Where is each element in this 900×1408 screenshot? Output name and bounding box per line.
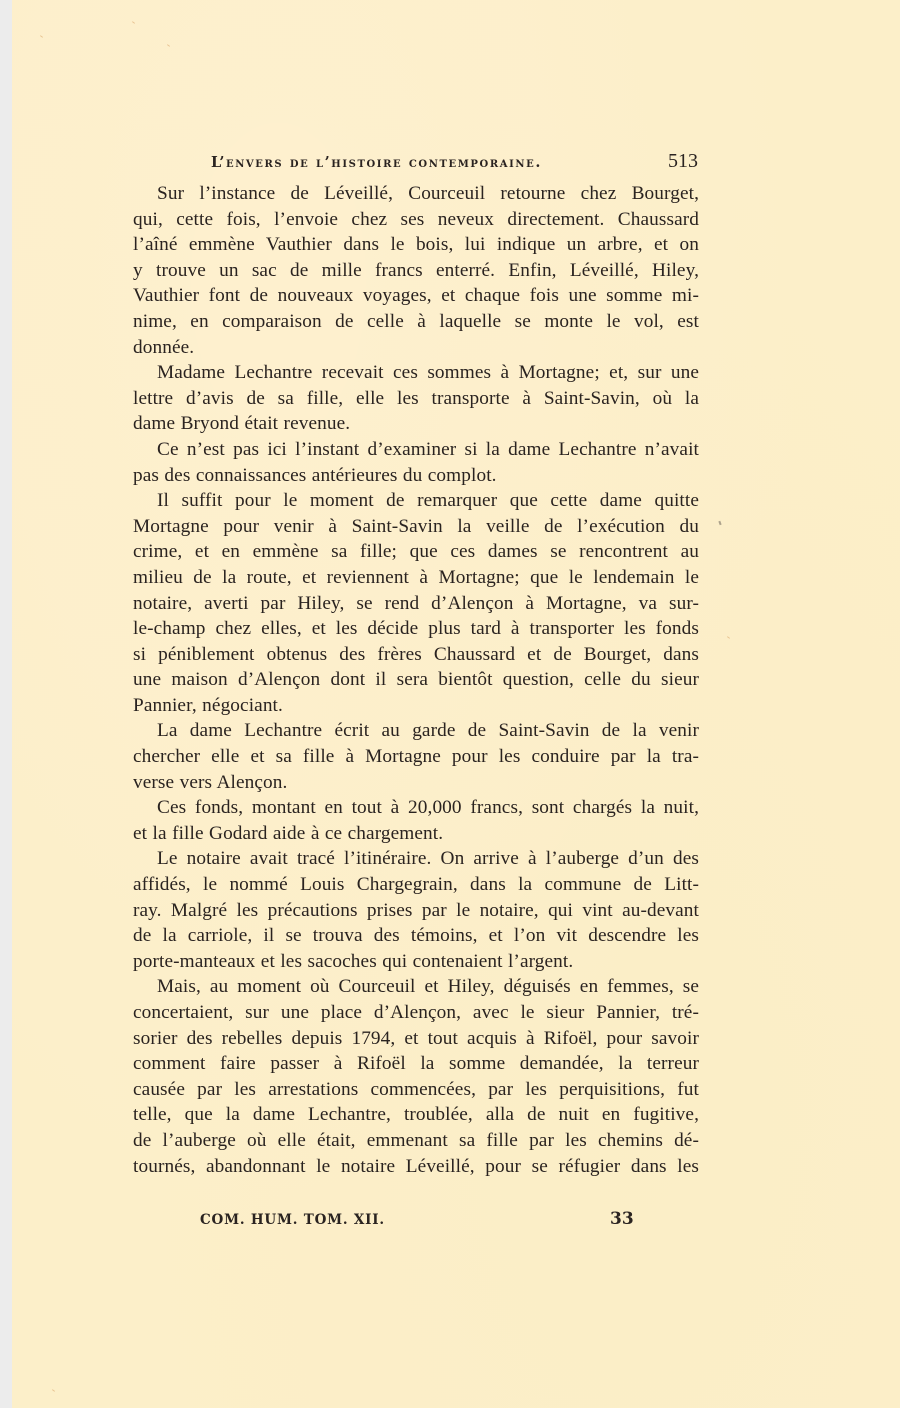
text-line: nime, en comparaison de celle à laquelle… (133, 309, 699, 335)
text-line: Mais, au moment où Courceuil et Hiley, d… (133, 974, 699, 1000)
running-head: L’envers de l’histoire contemporaine. 51… (133, 150, 698, 174)
text-line: Vauthier font de nouveaux voyages, et ch… (133, 283, 699, 309)
text-line: lettre d’avis de sa fille, elle les tran… (133, 386, 699, 412)
text-line: si péniblement obtenus des frères Chauss… (133, 642, 699, 668)
text-line: telle, que la dame Lechantre, troublée, … (133, 1102, 699, 1128)
text-line: porte-manteaux et les sacoches qui conte… (133, 949, 699, 975)
text-line: et la fille Godard aide à ce chargement. (133, 821, 699, 847)
text-line: tournés, abandonnant le notaire Léveillé… (133, 1154, 699, 1180)
text-line: notaire, averti par Hiley, se rend d’Ale… (133, 591, 699, 617)
signature-line: COM. HUM. TOM. XII. 33 (133, 1208, 699, 1232)
text-line: comment faire passer à Rifoël la somme d… (133, 1051, 699, 1077)
text-line: sorier des rebelles depuis 1794, et tout… (133, 1026, 699, 1052)
text-line: une maison d’Alençon dont il sera bientô… (133, 667, 699, 693)
text-line: Mortagne pour venir à Saint-Savin la vei… (133, 514, 699, 540)
paper-speck (132, 21, 135, 24)
text-line: de la carriole, il se trouva des témoins… (133, 923, 699, 949)
paper-speck (52, 1389, 55, 1392)
text-line: y trouve un sac de mille francs enterré.… (133, 258, 699, 284)
text-line: affidés, le nommé Louis Chargegrain, dan… (133, 872, 699, 898)
page-number: 513 (668, 150, 698, 173)
paper-speck (167, 44, 170, 47)
text-line: de l’auberge où elle était, emmenant sa … (133, 1128, 699, 1154)
running-title: L’envers de l’histoire contemporaine. (211, 154, 542, 171)
text-line: concertaient, sur une place d’Alençon, a… (133, 1000, 699, 1026)
text-line: verse vers Alençon. (133, 770, 699, 796)
book-page: L’envers de l’histoire contemporaine. 51… (12, 0, 900, 1408)
paper-speck (718, 521, 721, 525)
signature-number: 33 (610, 1209, 634, 1229)
signature-mark: COM. HUM. TOM. XII. (200, 1212, 385, 1228)
text-line: Ce n’est pas ici l’instant d’examiner si… (133, 437, 699, 463)
text-line: Sur l’instance de Léveillé, Courceuil re… (133, 181, 699, 207)
text-line: le-champ chez elles, et les décide plus … (133, 616, 699, 642)
text-line: qui, cette fois, l’envoie chez ses neveu… (133, 207, 699, 233)
text-line: causée par les arrestations commencées, … (133, 1077, 699, 1103)
text-line: Le notaire avait tracé l’itinéraire. On … (133, 846, 699, 872)
paper-speck (727, 636, 730, 639)
text-line: La dame Lechantre écrit au garde de Sain… (133, 718, 699, 744)
text-line: Madame Lechantre recevait ces sommes à M… (133, 360, 699, 386)
text-line: ray. Malgré les précautions prises par l… (133, 898, 699, 924)
text-line: l’aîné emmène Vauthier dans le bois, lui… (133, 232, 699, 258)
text-line: donnée. (133, 335, 699, 361)
text-line: dame Bryond était revenue. (133, 411, 699, 437)
text-line: Ces fonds, montant en tout à 20,000 fran… (133, 795, 699, 821)
text-line: chercher elle et sa fille à Mortagne pou… (133, 744, 699, 770)
text-line: Pannier, négociant. (133, 693, 699, 719)
text-line: Il suffit pour le moment de remarquer qu… (133, 488, 699, 514)
text-line: pas des connaissances antérieures du com… (133, 463, 699, 489)
paper-speck (40, 35, 43, 38)
text-line: crime, et en emmène sa fille; que ces da… (133, 539, 699, 565)
body-text: Sur l’instance de Léveillé, Courceuil re… (133, 181, 699, 1179)
text-line: milieu de la route, et reviennent à Mort… (133, 565, 699, 591)
